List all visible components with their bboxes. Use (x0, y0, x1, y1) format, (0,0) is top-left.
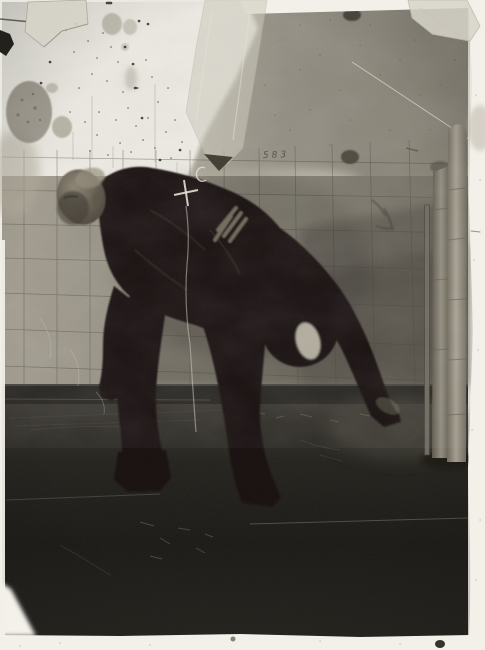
bottom-margin-smudge (231, 637, 236, 642)
photograph: 583 2 (0, 0, 485, 650)
bottom-margin-blob (435, 640, 445, 648)
margin-bottom (0, 634, 485, 650)
photo-canvas: 583 2 (0, 0, 485, 650)
margin-left-sliver (0, 240, 5, 636)
